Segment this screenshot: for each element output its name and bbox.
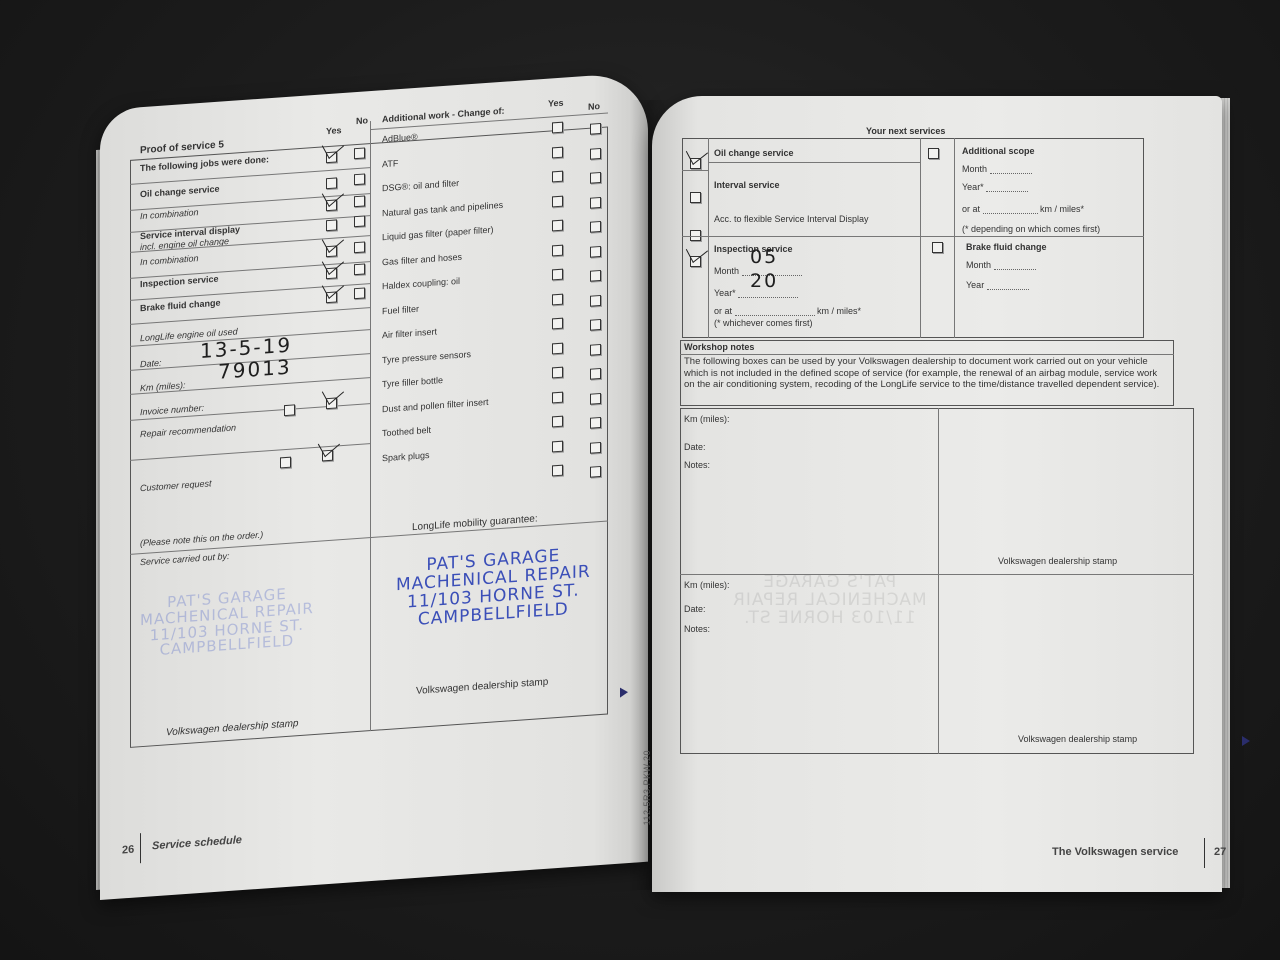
- divider: [682, 170, 708, 171]
- next-interval-checkbox[interactable]: [690, 192, 701, 203]
- customer-no-checkbox[interactable]: [322, 450, 333, 462]
- inspection-footnote: (* whichever comes first): [714, 318, 813, 328]
- additional-yes-checkbox[interactable]: [552, 220, 563, 232]
- additional-no-checkbox[interactable]: [590, 172, 601, 184]
- proof-no-checkbox[interactable]: [354, 287, 365, 299]
- month-dots: [994, 262, 1036, 270]
- footer-title-right: The Volkswagen service: [1052, 846, 1178, 858]
- repair-yes-checkbox[interactable]: [284, 404, 295, 416]
- entry1-notes-label: Notes:: [684, 460, 710, 470]
- additional-no-checkbox[interactable]: [590, 466, 601, 478]
- workshop-notes-title: Workshop notes: [684, 342, 754, 352]
- entry2-date-label: Date:: [684, 604, 706, 614]
- next-page-arrow-icon: [1242, 736, 1250, 746]
- entry2-stamp-label: Volkswagen dealership stamp: [1018, 734, 1137, 744]
- next-interval-label: Interval service: [714, 180, 780, 190]
- additional-yes-checkbox[interactable]: [552, 122, 563, 134]
- additional-no-checkbox[interactable]: [590, 123, 601, 135]
- left-page: Proof of service 5 Yes No The following …: [100, 72, 648, 900]
- month-dots: [990, 166, 1032, 174]
- customer-yes-checkbox[interactable]: [280, 457, 291, 469]
- proof-yes-checkbox[interactable]: [326, 199, 337, 211]
- additional-no-checkbox[interactable]: [590, 270, 601, 282]
- column-divider: [370, 121, 371, 731]
- dealer-stamp: PAT'S GARAGE MACHENICAL REPAIR 11/103 HO…: [396, 546, 591, 631]
- additional-yes-checkbox[interactable]: [552, 146, 563, 158]
- additional-yes-checkbox[interactable]: [552, 440, 563, 452]
- workshop-notes-description: The following boxes can be used by your …: [684, 356, 1168, 391]
- year-label: Year*: [714, 288, 736, 298]
- additional-yes-checkbox[interactable]: [552, 367, 563, 379]
- year-label: Year*: [962, 182, 984, 192]
- entry2-notes-label: Notes:: [684, 624, 710, 634]
- addscope-year: Year*: [962, 182, 1028, 192]
- proof-no-checkbox[interactable]: [354, 241, 365, 253]
- additional-no-checkbox[interactable]: [590, 343, 601, 355]
- year-label: Year: [966, 280, 984, 290]
- year-dots: [986, 184, 1028, 192]
- inspection-km-row: or at km / miles*: [714, 306, 861, 316]
- add-col-no: No: [588, 101, 600, 112]
- additional-no-checkbox[interactable]: [590, 392, 601, 404]
- year-dots: [987, 282, 1029, 290]
- entry1-km-label: Km (miles):: [684, 414, 730, 424]
- divider: [954, 138, 955, 338]
- next-additional-scope-checkbox[interactable]: [928, 148, 939, 159]
- proof-no-checkbox[interactable]: [354, 215, 365, 227]
- additional-no-checkbox[interactable]: [590, 221, 601, 233]
- proof-no-checkbox[interactable]: [354, 263, 365, 275]
- km-suffix: km / miles*: [817, 306, 861, 316]
- additional-yes-checkbox[interactable]: [552, 269, 563, 281]
- page-number-right: 27: [1214, 846, 1226, 858]
- next-brake-fluid-label: Brake fluid change: [966, 242, 1047, 252]
- addscope-month: Month: [962, 164, 1032, 174]
- entry1-stamp-label: Volkswagen dealership stamp: [998, 556, 1117, 566]
- addscope-footnote: (* depending on which comes first): [962, 224, 1100, 234]
- divider: [680, 354, 1174, 355]
- proof-yes-checkbox[interactable]: [326, 151, 337, 163]
- additional-no-checkbox[interactable]: [590, 441, 601, 453]
- additional-yes-checkbox[interactable]: [552, 318, 563, 330]
- additional-yes-checkbox[interactable]: [552, 391, 563, 403]
- month-label: Month: [966, 260, 991, 270]
- right-page: Your next services Oil change service In…: [652, 96, 1222, 892]
- divider: [938, 408, 939, 754]
- brake-year: Year: [966, 280, 1029, 290]
- repair-no-checkbox[interactable]: [326, 397, 337, 409]
- next-services-title: Your next services: [866, 126, 945, 136]
- inspection-month-value[interactable]: 05: [750, 246, 778, 268]
- next-oil-change-label: Oil change service: [714, 148, 794, 158]
- additional-rows: AdBlue®ATFDSG®: oil and filterNatural ga…: [100, 72, 648, 110]
- additional-yes-checkbox[interactable]: [552, 195, 563, 207]
- km-dots: [983, 206, 1038, 214]
- dealer-stamp-faint: PAT'S GARAGE MACHENICAL REPAIR 11/103 HO…: [140, 585, 314, 660]
- inspection-year-value[interactable]: 20: [750, 270, 778, 292]
- km-suffix: km / miles*: [1040, 204, 1084, 214]
- divider: [682, 236, 1144, 237]
- next-page-arrow-icon: [620, 687, 628, 698]
- or-at-label: or at: [714, 306, 732, 316]
- additional-yes-checkbox[interactable]: [552, 171, 563, 183]
- additional-no-checkbox[interactable]: [590, 368, 601, 380]
- additional-item-label: ATF: [382, 158, 398, 169]
- month-label: Month: [714, 266, 739, 276]
- or-at-label: or at: [962, 204, 980, 214]
- proof-yes-checkbox[interactable]: [326, 291, 337, 303]
- stamp-line: MACHENICAL REPAIR: [732, 592, 927, 610]
- add-col-yes: Yes: [548, 98, 564, 109]
- page-number-left: 26: [122, 844, 134, 857]
- next-additional-scope-label: Additional scope: [962, 146, 1035, 156]
- next-oil-change-checkbox[interactable]: [690, 158, 701, 169]
- footer-divider: [1204, 838, 1205, 868]
- stamp-line: 11/103 HORNE ST.: [732, 610, 927, 628]
- proof-rows: The following jobs were done:Oil change …: [100, 72, 648, 110]
- proof-no-checkbox[interactable]: [354, 195, 365, 207]
- additional-no-checkbox[interactable]: [590, 245, 601, 257]
- spine-code: 112.5R3.PKW.20: [642, 750, 652, 825]
- divider: [708, 162, 920, 163]
- next-flexible-label: Acc. to flexible Service Interval Displa…: [714, 214, 869, 224]
- addscope-km: or at km / miles*: [962, 204, 1084, 214]
- additional-yes-checkbox[interactable]: [552, 244, 563, 256]
- additional-yes-checkbox[interactable]: [552, 416, 563, 428]
- additional-no-checkbox[interactable]: [590, 196, 601, 208]
- show-through-stamp: PAT'S GARAGE MACHENICAL REPAIR 11/103 HO…: [732, 574, 927, 628]
- additional-no-checkbox[interactable]: [590, 319, 601, 331]
- additional-no-checkbox[interactable]: [590, 147, 601, 159]
- proof-no-checkbox[interactable]: [354, 147, 365, 159]
- km-dots: [735, 308, 815, 316]
- entry1-date-label: Date:: [684, 442, 706, 452]
- month-label: Month: [962, 164, 987, 174]
- next-brake-fluid-checkbox[interactable]: [932, 242, 943, 253]
- additional-no-checkbox[interactable]: [590, 294, 601, 306]
- divider: [708, 138, 709, 338]
- service-booklet: Proof of service 5 Yes No The following …: [0, 0, 1280, 960]
- brake-month: Month: [966, 260, 1036, 270]
- date-label: Date:: [140, 358, 162, 370]
- additional-yes-checkbox[interactable]: [552, 293, 563, 305]
- footer-title-left: Service schedule: [152, 834, 242, 852]
- footer-divider: [140, 833, 141, 863]
- col-no-label: No: [356, 115, 368, 126]
- proof-no-checkbox[interactable]: [354, 173, 365, 185]
- additional-no-checkbox[interactable]: [590, 417, 601, 429]
- divider: [920, 138, 921, 338]
- entry2-km-label: Km (miles):: [684, 580, 730, 590]
- additional-yes-checkbox[interactable]: [552, 465, 563, 477]
- additional-yes-checkbox[interactable]: [552, 342, 563, 354]
- next-inspection-checkbox[interactable]: [690, 256, 701, 267]
